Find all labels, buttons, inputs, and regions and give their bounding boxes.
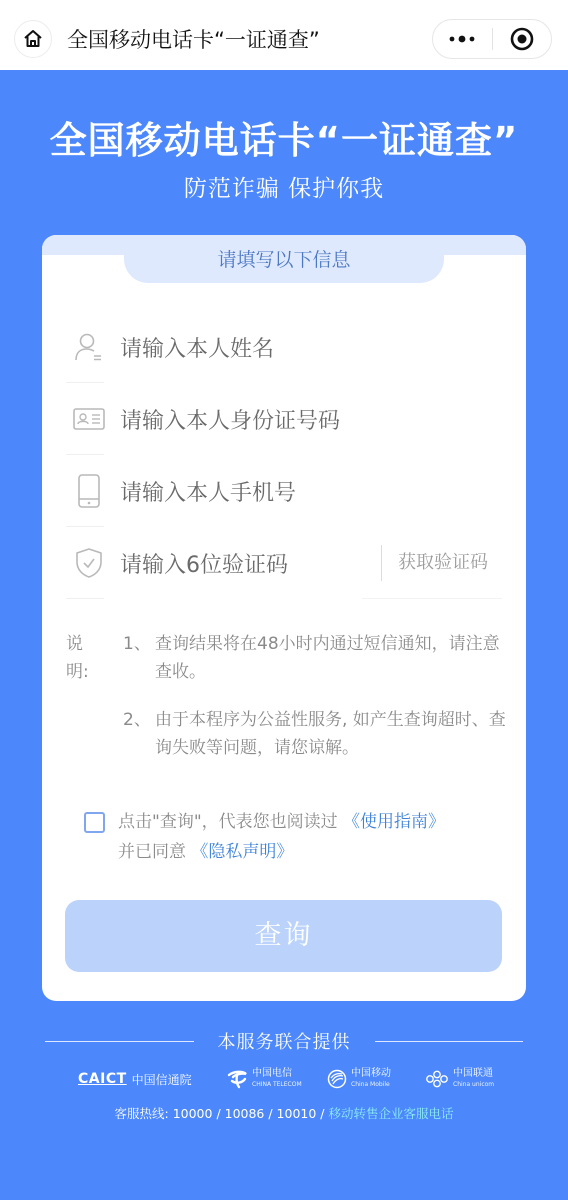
- hotline: 客服热线: 10000 / 10086 / 10010 / 移动转售企业客服电话: [0, 1104, 568, 1122]
- china-unicom-logo: 中国联通 China unicom: [425, 1064, 494, 1094]
- footer-heading: 本服务联合提供: [45, 1028, 523, 1054]
- hotline-numbers: 客服热线: 10000 / 10086 / 10010 /: [115, 1106, 329, 1121]
- partner-logos: CAICT 中国信通院 中国电信 CHINA TELECOM 中国移动 Chin…: [0, 1064, 568, 1094]
- agreement-text-before: 点击"查询"，代表您也阅读过: [118, 812, 343, 832]
- agree-checkbox[interactable]: [84, 812, 105, 833]
- agreement-text-middle: 并已同意: [118, 842, 191, 862]
- note-item: 1、 查询结果将在48小时内通过短信通知，请注意查收。: [123, 630, 508, 686]
- china-unicom-cn: 中国联通: [453, 1068, 494, 1079]
- china-unicom-en: China unicom: [453, 1079, 494, 1090]
- note-item: 2、 由于本程序为公益性服务, 如产生查询超时、查询失败等问题，请您谅解。: [123, 706, 508, 762]
- note-number: 2、: [123, 706, 151, 734]
- footer-title: 本服务联合提供: [194, 1028, 375, 1054]
- user-icon: [68, 326, 110, 368]
- privacy-statement-link[interactable]: 《隐私声明》: [191, 842, 293, 862]
- note-text: 查询结果将在48小时内通过短信通知，请注意查收。: [155, 630, 508, 686]
- phone-icon: [68, 470, 110, 512]
- china-mobile-icon: [327, 1069, 347, 1089]
- caict-mark: CAICT: [78, 1071, 127, 1087]
- china-telecom-cn: 中国电信: [252, 1068, 302, 1079]
- id-card-icon: [68, 398, 110, 440]
- verification-code-field[interactable]: 请输入6位验证码 获取验证码: [66, 527, 502, 599]
- id-number-input[interactable]: 请输入本人身份证号码: [120, 404, 340, 435]
- name-field[interactable]: 请输入本人姓名: [66, 311, 502, 383]
- notes-label-line1: 说: [66, 630, 96, 658]
- form-card: 请填写以下信息 请输入本人姓名 请输入本人身份证号码: [42, 235, 526, 1001]
- note-text: 由于本程序为公益性服务, 如产生查询超时、查询失败等问题，请您谅解。: [155, 706, 508, 762]
- agreement-text: 点击"查询"，代表您也阅读过 《使用指南》 并已同意 《隐私声明》: [118, 807, 504, 867]
- china-telecom-en: CHINA TELECOM: [252, 1079, 302, 1090]
- id-number-field[interactable]: 请输入本人身份证号码: [66, 383, 502, 455]
- get-code-button[interactable]: 获取验证码: [381, 545, 488, 581]
- home-button[interactable]: [14, 20, 52, 58]
- field-divider: [66, 598, 104, 599]
- phone-field[interactable]: 请输入本人手机号: [66, 455, 502, 527]
- footer-line-right: [375, 1041, 524, 1042]
- china-telecom-icon: [226, 1069, 248, 1089]
- app-title: 全国移动电话卡“一证通查”: [67, 24, 320, 56]
- notes-label: 说 明:: [66, 630, 96, 686]
- field-divider-right: [362, 598, 502, 599]
- phone-input[interactable]: 请输入本人手机号: [120, 476, 296, 507]
- china-mobile-logo: 中国移动 China Mobile: [327, 1064, 391, 1094]
- top-bar: 全国移动电话卡“一证通查”: [0, 0, 568, 70]
- card-header: 请填写以下信息: [42, 235, 526, 285]
- section-label: 请填写以下信息: [42, 245, 526, 272]
- query-button[interactable]: 查询: [65, 900, 502, 972]
- hero-title: 全国移动电话卡“一证通查”: [0, 110, 568, 164]
- verification-code-input[interactable]: 请输入6位验证码: [120, 548, 288, 579]
- home-icon: [23, 29, 43, 49]
- china-mobile-en: China Mobile: [351, 1079, 391, 1090]
- name-input[interactable]: 请输入本人姓名: [120, 332, 274, 363]
- mvno-hotline-link[interactable]: 移动转售企业客服电话: [328, 1106, 453, 1121]
- caict-logo: CAICT 中国信通院: [78, 1064, 192, 1094]
- shield-check-icon: [68, 542, 110, 584]
- china-mobile-cn: 中国移动: [351, 1068, 391, 1079]
- close-button[interactable]: [492, 19, 551, 59]
- target-close-icon: [509, 26, 535, 52]
- more-button[interactable]: [433, 19, 492, 59]
- caict-name: 中国信通院: [132, 1071, 192, 1088]
- menu-capsule: [432, 19, 552, 59]
- notes-label-line2: 明:: [66, 658, 96, 686]
- china-unicom-icon: [425, 1070, 449, 1088]
- usage-guide-link[interactable]: 《使用指南》: [343, 812, 445, 832]
- more-dots-icon: [448, 34, 476, 44]
- footer-line-left: [45, 1041, 194, 1042]
- agreement: 点击"查询"，代表您也阅读过 《使用指南》 并已同意 《隐私声明》: [84, 807, 504, 867]
- china-telecom-logo: 中国电信 CHINA TELECOM: [226, 1064, 302, 1094]
- hero-subtitle: 防范诈骗 保护你我: [0, 170, 568, 203]
- note-number: 1、: [123, 630, 151, 658]
